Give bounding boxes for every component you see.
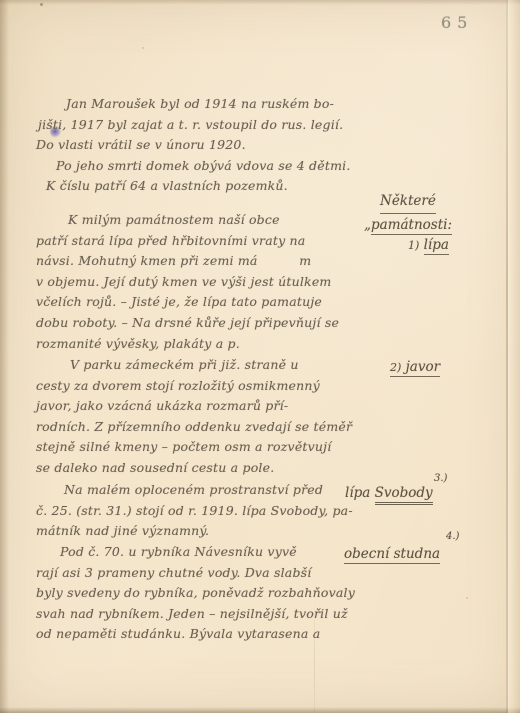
margin-note-4-label: obecní studna <box>344 546 440 564</box>
handwritten-body-text: Jan Maroušek byl od 1914 na ruském bo-ji… <box>0 0 520 713</box>
handwritten-line: návsi. Mohutný kmen při zemi má m <box>36 253 494 274</box>
margin-note-3-prefix: lípa <box>345 485 375 501</box>
handwritten-line: rají asi 3 prameny chutné vody. Dva slab… <box>36 565 494 586</box>
margin-note-4-obecni-studna: obecní studna <box>344 546 440 562</box>
handwritten-line: od nepaměti studánku. Bývala vytarasena … <box>36 626 494 647</box>
margin-note-3-lipa-svobody: lípa Svobody <box>345 485 433 501</box>
handwritten-line: Jan Maroušek byl od 1914 na ruském bo- <box>36 96 494 117</box>
margin-note-1-label: lípa <box>424 237 449 255</box>
scanned-document-page: 65 Jan Maroušek byl od 1914 na ruském bo… <box>0 0 520 713</box>
margin-header-line1: Některé <box>380 190 436 214</box>
margin-note-2-number: 2) <box>390 361 401 374</box>
margin-header-mark: „ <box>364 217 371 233</box>
handwritten-line: svah nad rybníkem. Jeden – nejsilnější, … <box>36 606 494 627</box>
margin-note-4-number: 4.) <box>446 527 459 543</box>
margin-note-1-number: 1) <box>408 239 419 252</box>
handwritten-line: javor, jako vzácná ukázka rozmarů pří- <box>36 398 494 419</box>
margin-note-3-label: Svobody <box>375 485 433 505</box>
handwritten-line: rodních. Z přízemního oddenku zvedají se… <box>36 419 494 440</box>
handwritten-line: č. 25. (str. 31.) stojí od r. 1919. lípa… <box>36 503 494 524</box>
margin-header-line2: památnosti: <box>371 217 452 235</box>
handwritten-line: mátník nad jiné významný. <box>36 523 494 544</box>
handwritten-line: v objemu. Její dutý kmen ve výši jest út… <box>36 274 494 295</box>
handwritten-line: Do vlasti vrátil se v únoru 1920. <box>36 137 494 158</box>
margin-note-3-number: 3.) <box>434 469 447 485</box>
handwritten-line: jišti, 1917 byl zajat a t. r. vstoupil d… <box>36 117 494 138</box>
handwritten-line: se daleko nad sousední cestu a pole. <box>36 460 494 481</box>
handwritten-line: včelích rojů. – Jisté je, že lípa tato p… <box>36 294 494 315</box>
margin-note-header: Některé „památnosti: <box>364 190 452 236</box>
margin-note-2-javor: 2) javor <box>390 359 440 375</box>
handwritten-line: cesty za dvorem stojí rozložitý osmikmen… <box>36 378 494 399</box>
handwritten-line: Po jeho smrti domek obývá vdova se 4 dět… <box>36 158 494 179</box>
margin-note-1-lipa: 1) lípa <box>408 237 449 253</box>
margin-note-2-label: javor <box>406 359 440 375</box>
paragraph: Jan Maroušek byl od 1914 na ruském bo-ji… <box>36 96 494 199</box>
handwritten-line: stejně silné kmeny – počtem osm a rozvět… <box>36 439 494 460</box>
handwritten-line: rozmanité vývěsky, plakáty a p. <box>36 336 494 357</box>
handwritten-line: dobu roboty. – Na drsné kůře její připev… <box>36 315 494 336</box>
handwritten-line: byly svedeny do rybníka, poněvadž rozbah… <box>36 585 494 606</box>
